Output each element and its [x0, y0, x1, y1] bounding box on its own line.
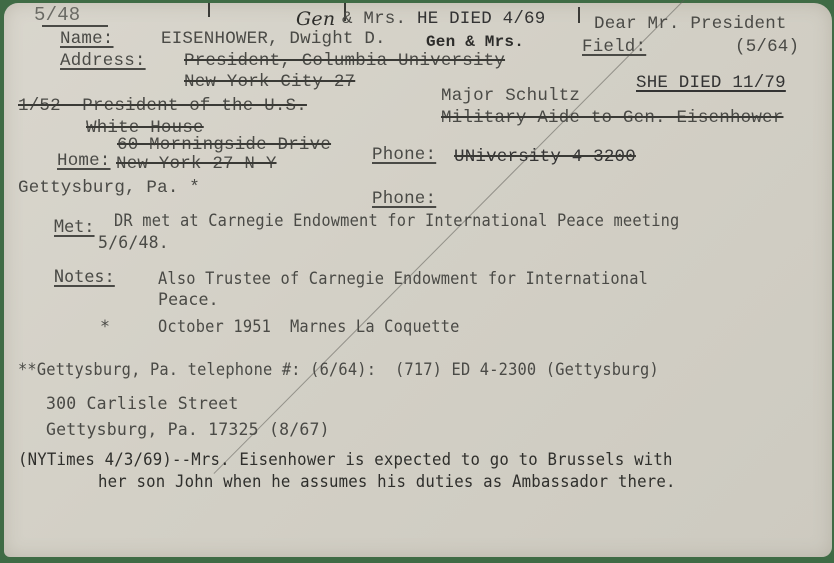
phone-label-2: Phone: [372, 189, 436, 209]
home-label: Home: [57, 151, 111, 171]
home-street: 60 Morningside Drive [117, 135, 331, 155]
date-underline [42, 25, 108, 27]
notes-line-1: Also Trustee of Carnegie Endowment for I… [158, 269, 648, 289]
card-date: 5/48 [34, 5, 80, 25]
handwritten-gen: Gen [296, 9, 335, 29]
address-line-1: President, Columbia University [184, 51, 505, 71]
new-address-line-1: 300 Carlisle Street [46, 394, 239, 414]
tab-mark [208, 3, 210, 17]
dear-line: Dear Mr. President [594, 14, 787, 34]
name-value: EISENHOWER, Dwight D. [161, 29, 386, 49]
field-value: (5/64) [735, 37, 799, 57]
history-line: 1/52--President of the U.S. [18, 96, 307, 116]
phone-label-1: Phone: [372, 145, 436, 165]
index-card: 5/48 Gen & Mrs. HE DIED 4/69 Dear Mr. Pr… [4, 3, 832, 557]
name-label: Name: [60, 29, 114, 49]
notes-label: Notes: [54, 267, 115, 287]
address-line-2: New York City 27 [184, 72, 355, 92]
overtyped-title: Gen & Mrs. [426, 32, 524, 52]
he-died-note: HE DIED 4/69 [417, 9, 545, 29]
notes-line-2: Peace. [158, 290, 219, 310]
star-marker: * [100, 317, 110, 337]
tab-mark [578, 7, 580, 23]
aide-title: Military Aide to Gen. Eisenhower [441, 108, 783, 128]
new-address-line-2: Gettysburg, Pa. 17325 (8/67) [46, 420, 330, 440]
gettysburg-phone: **Gettysburg, Pa. telephone #: (6/64): (… [18, 360, 659, 380]
home-city: New York 27 N Y [116, 154, 277, 174]
met-label: Met: [54, 217, 95, 237]
aide-name: Major Schultz [441, 86, 580, 106]
nytimes-line-1: (NYTimes 4/3/69)--Mrs. Eisenhower is exp… [18, 450, 673, 470]
met-line-1: DR met at Carnegie Endowment for Interna… [114, 211, 679, 231]
nytimes-line-2: her son John when he assumes his duties … [98, 472, 676, 492]
new-home: Gettysburg, Pa. * [18, 178, 200, 198]
address-label: Address: [60, 51, 146, 71]
star-note: October 1951 Marnes La Coquette [158, 317, 460, 337]
she-died-note: SHE DIED 11/79 [636, 73, 786, 93]
met-line-2: 5/6/48. [98, 233, 169, 253]
phone-value-1: UNiversity 4-3200 [454, 147, 636, 167]
salutation: & Mrs. [342, 9, 406, 29]
field-label: Field: [582, 37, 646, 57]
